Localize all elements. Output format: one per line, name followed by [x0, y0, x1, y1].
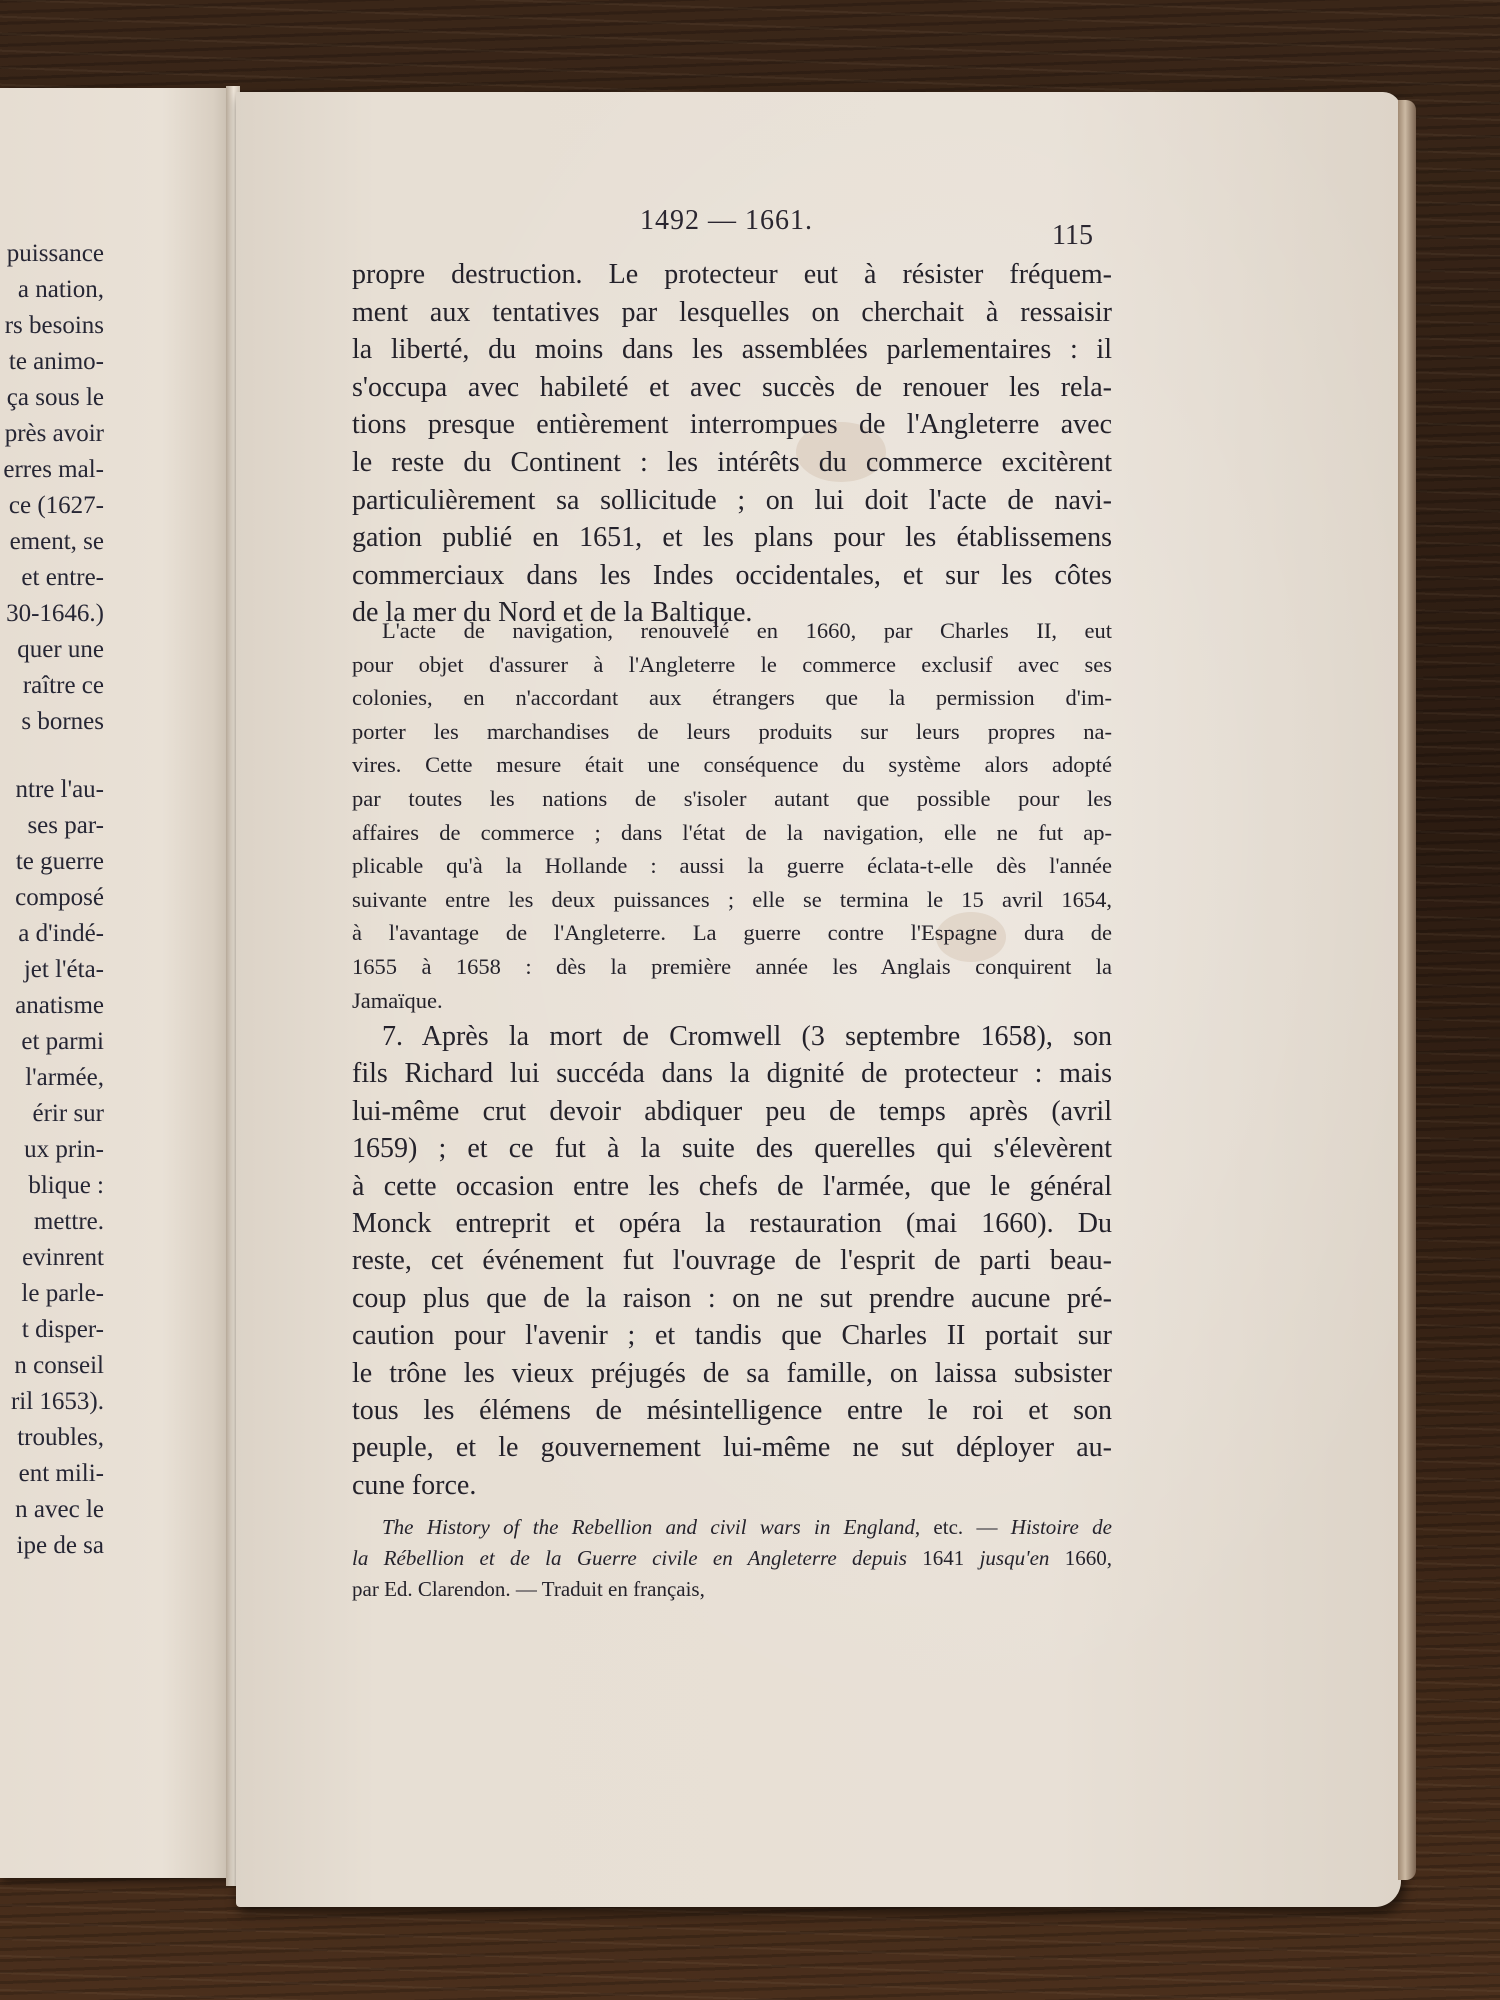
left-page-line-fragment: ipe de sa: [17, 1532, 104, 1560]
text-line: 7. Après la mort de Cromwell (3 septembr…: [352, 1018, 1112, 1055]
bibliographic-citation: The History of the Rebellion and civil w…: [352, 1512, 1112, 1605]
text-line: la liberté, du moins dans les assemblées…: [352, 331, 1112, 369]
left-page-line-fragment: mettre.: [34, 1208, 104, 1236]
text-line: fils Richard lui succéda dans la dignité…: [352, 1055, 1112, 1092]
text-line: lui-même crut devoir abdiquer peu de tem…: [352, 1093, 1112, 1130]
note-navigation-act: L'acte de navigation, renouvelé en 1660,…: [352, 614, 1112, 1017]
text-line: le trône les vieux préjugés de sa famill…: [352, 1355, 1112, 1392]
left-page-line-fragment: ux prin-: [24, 1136, 104, 1164]
left-page-line-fragment: ril 1653).: [11, 1388, 104, 1416]
left-page-line-fragment: ce (1627-: [9, 492, 104, 520]
left-page-line-fragment: près avoir: [5, 420, 104, 448]
left-page-line-fragment: troubles,: [17, 1424, 104, 1452]
left-page-line-fragment: a nation,: [18, 276, 104, 304]
left-page-line-fragment: n conseil: [14, 1352, 104, 1380]
left-page-line-fragment: ement, se: [10, 528, 104, 556]
text-line: le reste du Continent : les intérêts du …: [352, 444, 1112, 482]
text-line: porter les marchandises de leurs produit…: [352, 715, 1112, 749]
text-line: coup plus que de la raison : on ne sut p…: [352, 1280, 1112, 1317]
left-page-line-fragment: ses par-: [27, 812, 104, 840]
left-page-line-fragment: s bornes: [21, 708, 104, 736]
text-line: propre destruction. Le protecteur eut à …: [352, 256, 1112, 294]
text-line: affaires de commerce ; dans l'état de la…: [352, 816, 1112, 850]
citation-year-start: 1641: [922, 1546, 964, 1570]
left-page-line-fragment: puissance: [7, 240, 104, 268]
text-line: plicable qu'à la Hollande : aussi la gue…: [352, 849, 1112, 883]
citation-title-french: Histoire de: [1011, 1515, 1112, 1539]
text-line: reste, cet événement fut l'ouvrage de l'…: [352, 1242, 1112, 1279]
text-line: particulièrement sa sollicitude ; on lui…: [352, 482, 1112, 520]
text-line: 1655 à 1658 : dès la première année les …: [352, 950, 1112, 984]
text-line: à l'avantage de l'Angleterre. La guerre …: [352, 916, 1112, 950]
text-line: Monck entreprit et opéra la restauration…: [352, 1205, 1112, 1242]
text-line: caution pour l'avenir ; et tandis que Ch…: [352, 1317, 1112, 1354]
text-line: cune force.: [352, 1467, 1112, 1504]
text-line: s'occupa avec habileté et avec succès de…: [352, 369, 1112, 407]
left-page-line-fragment: composé: [15, 884, 104, 912]
left-page-line-fragment: anatisme: [15, 992, 104, 1020]
text-line: vires. Cette mesure était une conséquenc…: [352, 748, 1112, 782]
page-number: 115: [1052, 220, 1093, 252]
left-page-line-fragment: ça sous le: [7, 384, 104, 412]
left-page-line-fragment: ent mili-: [19, 1460, 104, 1488]
citation-title-french-cont: la Rébellion et de la Guerre civile en A…: [352, 1546, 922, 1570]
text-line: tions presque entièrement interrompues d…: [352, 406, 1112, 444]
citation-line: la Rébellion et de la Guerre civile en A…: [352, 1543, 1112, 1574]
left-page-line-fragment: erres mal-: [3, 456, 104, 484]
left-page-line-fragment: l'armée,: [25, 1064, 104, 1092]
left-page-line-fragment: ntre l'au-: [16, 776, 105, 804]
left-page-line-fragment: et parmi: [21, 1028, 104, 1056]
text-line: 1659) ; et ce fut à la suite des querell…: [352, 1130, 1112, 1167]
text-line: tous les élémens de mésintelligence entr…: [352, 1392, 1112, 1429]
left-page-line-fragment: jet l'éta-: [24, 956, 104, 984]
citation-line: The History of the Rebellion and civil w…: [352, 1512, 1112, 1543]
left-page-line-fragment: evinrent: [22, 1244, 104, 1272]
left-page-line-fragment: raître ce: [23, 672, 104, 700]
left-page-line-fragment: blique :: [28, 1172, 104, 1200]
running-head: 1492 — 1661.: [640, 205, 813, 237]
citation-until: jusqu'en: [964, 1546, 1065, 1570]
citation-year-end: 1660,: [1065, 1546, 1112, 1570]
paragraph-7-restoration: 7. Après la mort de Cromwell (3 septembr…: [352, 1018, 1112, 1504]
text-line: colonies, en n'accordant aux étrangers q…: [352, 681, 1112, 715]
citation-separator: , etc. —: [915, 1515, 1011, 1539]
left-page-line-fragment: érir sur: [33, 1100, 105, 1128]
text-line: à cette occasion entre les chefs de l'ar…: [352, 1168, 1112, 1205]
left-page-line-fragment: t disper-: [22, 1316, 104, 1344]
text-line: ment aux tentatives par lesquelles on ch…: [352, 294, 1112, 332]
left-page-line-fragment: rs besoins: [5, 312, 104, 340]
text-line: par toutes les nations de s'isoler autan…: [352, 782, 1112, 816]
text-line: gation publié en 1651, et les plans pour…: [352, 519, 1112, 557]
left-page: puissancea nation,rs besoinste animo-ça …: [0, 88, 232, 1878]
text-line: suivante entre les deux puissances ; ell…: [352, 883, 1112, 917]
citation-title-english: The History of the Rebellion and civil w…: [382, 1515, 915, 1539]
left-page-line-fragment: te animo-: [9, 348, 104, 376]
text-line: L'acte de navigation, renouvelé en 1660,…: [352, 614, 1112, 648]
left-page-line-fragment: quer une: [17, 636, 104, 664]
citation-line: par Ed. Clarendon. — Traduit en français…: [352, 1574, 1112, 1605]
text-line: peuple, et le gouvernement lui-même ne s…: [352, 1429, 1112, 1466]
text-line: pour objet d'assurer à l'Angleterre le c…: [352, 648, 1112, 682]
left-page-line-fragment: le parle-: [21, 1280, 104, 1308]
paragraph-protectorate: propre destruction. Le protecteur eut à …: [352, 256, 1112, 632]
left-page-line-fragment: n avec le: [15, 1496, 104, 1524]
left-page-line-fragment: 30-1646.): [6, 600, 104, 628]
text-line: Jamaïque.: [352, 984, 1112, 1018]
text-line: commerciaux dans les Indes occidentales,…: [352, 557, 1112, 595]
page-deckle-edge: [1398, 100, 1416, 1880]
left-page-line-fragment: et entre-: [21, 564, 104, 592]
left-page-line-fragment: te guerre: [16, 848, 104, 876]
left-page-line-fragment: a d'indé-: [18, 920, 104, 948]
